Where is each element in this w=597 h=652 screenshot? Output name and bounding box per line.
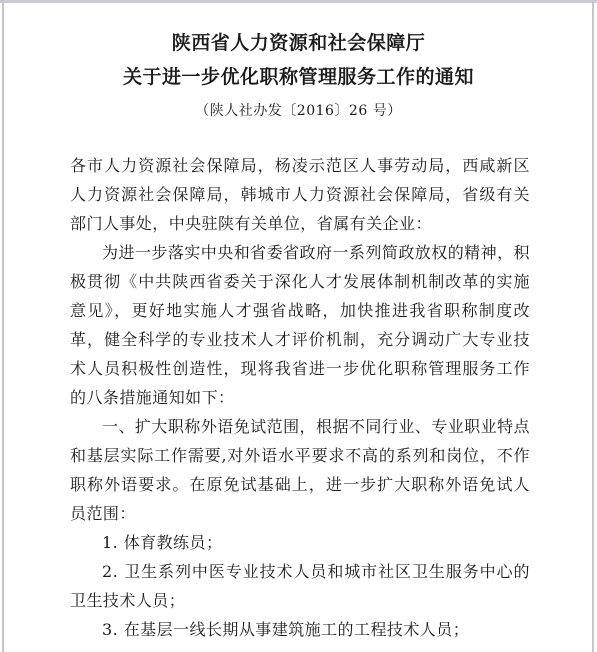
paragraph: 一、扩大职称外语免试范围，根据不同行业、专业职业特点和基层实际工作需要,对外语水… [70, 412, 530, 528]
doc-number: （陕人社办发〔2016〕26 号） [4, 102, 593, 120]
doc-title-line1: 陕西省人力资源和社会保障厅 [4, 33, 593, 54]
doc-body: 各市人力资源社会保障局，杨凌示范区人事劳动局，西咸新区人力资源社会保障局，韩城市… [70, 151, 530, 644]
doc-title-line2: 关于进一步优化职称管理服务工作的通知 [4, 67, 593, 88]
paragraph: 1. 体育教练员； [70, 528, 530, 557]
paragraph: 各市人力资源社会保障局，杨凌示范区人事劳动局，西咸新区人力资源社会保障局，韩城市… [70, 151, 530, 238]
paragraph: 3. 在基层一线长期从事建筑施工的工程技术人员； [70, 615, 530, 644]
paragraph: 2. 卫生系列中医专业技术人员和城市社区卫生服务中心的卫生技术人员； [70, 557, 530, 615]
paragraph: 为进一步落实中央和省委省政府一系列简政放权的精神，积极贯彻《中共陕西省委关于深化… [70, 238, 530, 412]
document-viewport: 陕西省人力资源和社会保障厅 关于进一步优化职称管理服务工作的通知 （陕人社办发〔… [0, 0, 597, 652]
document-page: 陕西省人力资源和社会保障厅 关于进一步优化职称管理服务工作的通知 （陕人社办发〔… [4, 0, 593, 652]
